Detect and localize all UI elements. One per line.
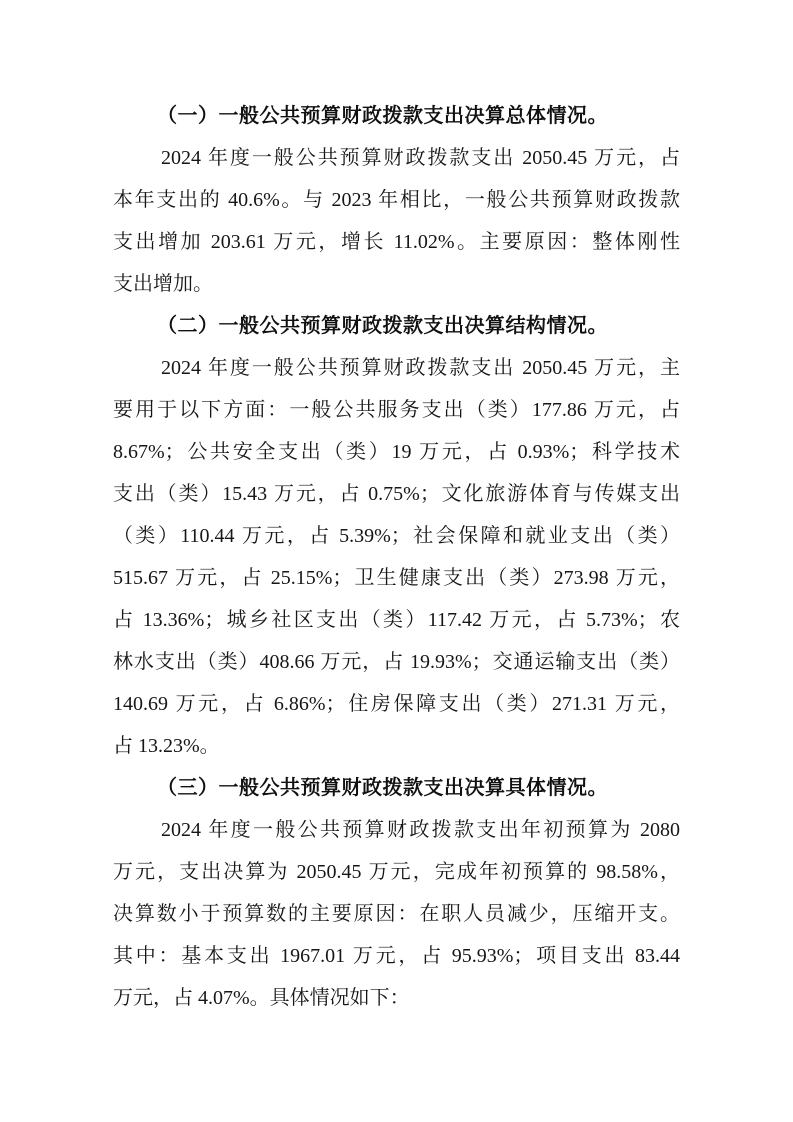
section-2-heading: （二）一般公共预算财政拨款支出决算结构情况。	[113, 305, 680, 347]
text-line: 支出（类）15.43 万元，占 0.75%；文化旅游体育与传媒支出	[113, 473, 680, 515]
text-line: 515.67 万元，占 25.15%；卫生健康支出（类）273.98 万元，	[113, 557, 680, 599]
text-line: 万元，支出决算为 2050.45 万元，完成年初预算的 98.58%，	[113, 851, 680, 893]
text-line: 8.67%；公共安全支出（类）19 万元，占 0.93%；科学技术	[113, 431, 680, 473]
text-line: 占 13.36%；城乡社区支出（类）117.42 万元，占 5.73%；农	[113, 599, 680, 641]
text-line: 本年支出的 40.6%。与 2023 年相比，一般公共预算财政拨款	[113, 179, 680, 221]
section-3: （三）一般公共预算财政拨款支出决算具体情况。 2024 年度一般公共预算财政拨款…	[113, 767, 680, 1019]
text-line: 2024 年度一般公共预算财政拨款支出年初预算为 2080	[113, 809, 680, 851]
text-line: 其中：基本支出 1967.01 万元，占 95.93%；项目支出 83.44	[113, 935, 680, 977]
text-line: 支出增加。	[113, 263, 680, 305]
text-line: 占 13.23%。	[113, 725, 680, 767]
text-line: 万元，占 4.07%。具体情况如下：	[113, 977, 680, 1019]
text-line: 2024 年度一般公共预算财政拨款支出 2050.45 万元，主	[113, 347, 680, 389]
text-line: （类）110.44 万元，占 5.39%；社会保障和就业支出（类）	[113, 515, 680, 557]
text-line: 决算数小于预算数的主要原因：在职人员减少，压缩开支。	[113, 893, 680, 935]
section-2: （二）一般公共预算财政拨款支出决算结构情况。 2024 年度一般公共预算财政拨款…	[113, 305, 680, 767]
section-3-heading: （三）一般公共预算财政拨款支出决算具体情况。	[113, 767, 680, 809]
text-line: 支出增加 203.61 万元，增长 11.02%。主要原因：整体刚性	[113, 221, 680, 263]
section-1: （一）一般公共预算财政拨款支出决算总体情况。 2024 年度一般公共预算财政拨款…	[113, 95, 680, 305]
section-1-heading: （一）一般公共预算财政拨款支出决算总体情况。	[113, 95, 680, 137]
text-line: 林水支出（类）408.66 万元，占 19.93%；交通运输支出（类）	[113, 641, 680, 683]
document-page: （一）一般公共预算财政拨款支出决算总体情况。 2024 年度一般公共预算财政拨款…	[0, 0, 793, 1122]
text-line: 要用于以下方面：一般公共服务支出（类）177.86 万元，占	[113, 389, 680, 431]
text-line: 2024 年度一般公共预算财政拨款支出 2050.45 万元，占	[113, 137, 680, 179]
text-line: 140.69 万元，占 6.86%；住房保障支出（类）271.31 万元，	[113, 683, 680, 725]
document-content: （一）一般公共预算财政拨款支出决算总体情况。 2024 年度一般公共预算财政拨款…	[113, 95, 680, 1019]
